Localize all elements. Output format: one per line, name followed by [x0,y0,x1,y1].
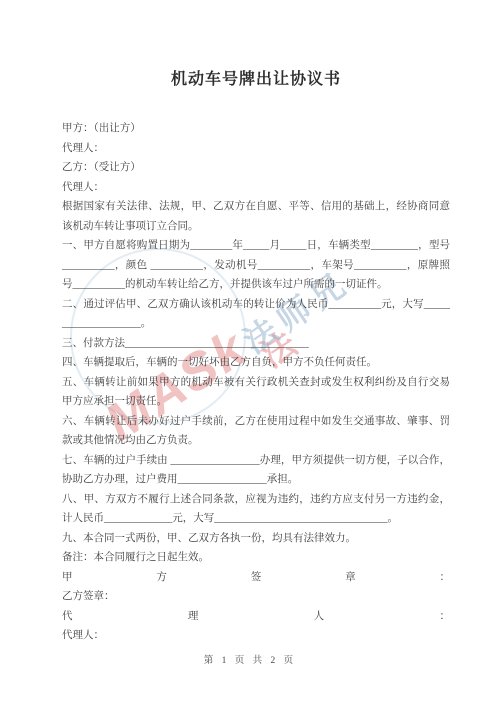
document-content: 机动车号牌出让协议书 甲方：（出让方）代理人：乙方：（受让方）代理人：根据国家有… [0,0,500,646]
paragraph-line: 二、通过评估甲、乙双方确认该机动车的转让价为人民币__________元，大写_… [62,295,450,334]
paragraph-line: 乙方签章： [62,587,450,607]
paragraph-line: 甲方：（出让方） [62,119,450,139]
paragraph-line: 代理人： [62,178,450,198]
document-page: MASk 法 法师兄 机动车号牌出让协议书 甲方：（出让方）代理人：乙方：（受让… [0,0,500,706]
paragraph-line: 代理人： [62,607,450,627]
page-number-footer: 第 1 页 共 2 页 [0,652,500,666]
paragraph-line: 甲方签章： [62,568,450,588]
paragraph-line: 一、甲方自愿将购置日期为________年_____月_____日，车辆类型__… [62,236,450,295]
document-title: 机动车号牌出让协议书 [62,66,450,89]
paragraph-line: 备注：本合同履行之日起生效。 [62,548,450,568]
paragraph-line: 四、车辆提取后，车辆的一切好坏由乙方自负，甲方不负任何责任。 [62,353,450,373]
paragraph-line: 九、本合同一式两份，甲、乙双方各执一份，均具有法律效力。 [62,529,450,549]
paragraph-line: 三、付款方法__________________________________… [62,334,450,354]
document-body: 甲方：（出让方）代理人：乙方：（受让方）代理人：根据国家有关法律、法规，甲、乙双… [62,119,450,646]
paragraph-line: 六、车辆转让后未办好过户手续前，乙方在使用过程中如发生交通事故、肇事、罚款或其他… [62,412,450,451]
paragraph-line: 根据国家有关法律、法规，甲、乙双方在自愿、平等、信用的基础上，经协商同意该机动车… [62,197,450,236]
paragraph-line: 乙方：（受让方） [62,158,450,178]
paragraph-line: 代理人： [62,139,450,159]
paragraph-line: 五、车辆转让前如果甲方的机动车被有关行政机关查封或发生权利纠纷及自行交易甲方应承… [62,373,450,412]
paragraph-line: 代理人： [62,626,450,646]
paragraph-line: 七、车辆的过户手续由 _________________办理，甲方须提供一切方便… [62,451,450,490]
paragraph-line: 八、甲、方双方不履行上述合同条款，应视为违约，违约方应支付另一方违约金，计人民币… [62,490,450,529]
